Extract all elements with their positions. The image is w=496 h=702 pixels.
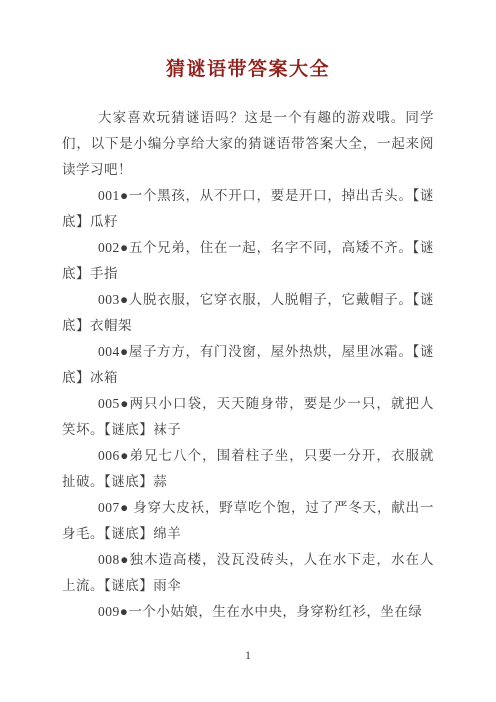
document-body: 大家喜欢玩猜谜语吗？这是一个有趣的游戏哦。同学们，以下是小编分享给大家的猜谜语带… — [62, 105, 434, 625]
riddle-paragraph: 009●一个小姑娘，生在水中央，身穿粉红衫，坐在绿 — [62, 599, 434, 625]
riddle-paragraph: 003●人脱衣服，它穿衣服，人脱帽子，它戴帽子。【谜底】衣帽架 — [62, 287, 434, 339]
riddle-paragraph: 005●两只小口袋，天天随身带，要是少一只，就把人笑坏。【谜底】袜子 — [62, 391, 434, 443]
intro-paragraph: 大家喜欢玩猜谜语吗？这是一个有趣的游戏哦。同学们，以下是小编分享给大家的猜谜语带… — [62, 105, 434, 183]
riddle-paragraph: 004●屋子方方，有门没窗，屋外热烘，屋里冰霜。【谜底】冰箱 — [62, 339, 434, 391]
page-number: 1 — [0, 650, 496, 662]
riddle-paragraph: 002●五个兄弟，住在一起，名字不同，高矮不齐。【谜底】手指 — [62, 235, 434, 287]
document-title: 猜谜语带答案大全 — [0, 0, 496, 84]
riddle-paragraph: 008●独木造高楼，没瓦没砖头，人在水下走，水在人上流。【谜底】雨伞 — [62, 547, 434, 599]
riddle-paragraph: 007● 身穿大皮袄，野草吃个饱，过了严冬天，献出一身毛。【谜底】绵羊 — [62, 495, 434, 547]
riddle-paragraph: 006●弟兄七八个，围着柱子坐，只要一分开，衣服就扯破。【谜底】蒜 — [62, 443, 434, 495]
riddle-list: 001●一个黑孩，从不开口，要是开口，掉出舌头。【谜底】瓜籽002●五个兄弟，住… — [62, 183, 434, 625]
document-page: 猜谜语带答案大全 大家喜欢玩猜谜语吗？这是一个有趣的游戏哦。同学们，以下是小编分… — [0, 0, 496, 702]
riddle-paragraph: 001●一个黑孩，从不开口，要是开口，掉出舌头。【谜底】瓜籽 — [62, 183, 434, 235]
